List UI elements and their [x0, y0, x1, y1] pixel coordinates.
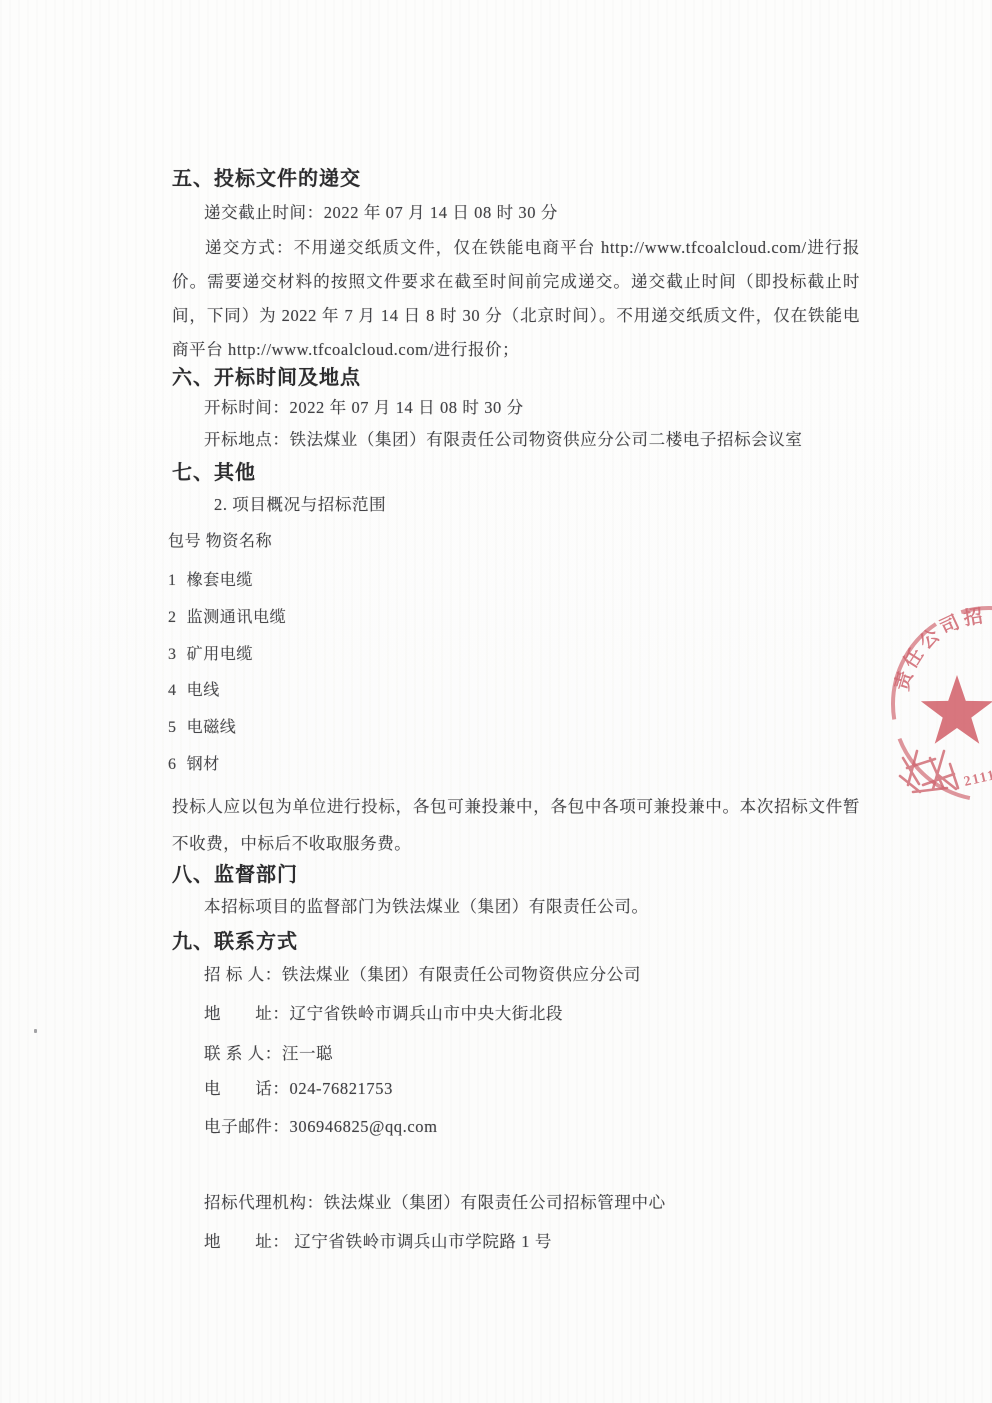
- package-no: 1: [168, 572, 177, 590]
- package-no: 2: [168, 609, 177, 627]
- package-name: 电线: [187, 682, 220, 699]
- package-row: 4电线: [168, 677, 286, 714]
- package-no: 6: [168, 756, 177, 774]
- package-list: 1橡套电缆 2监测通讯电缆 3矿用电缆 4电线 5电磁线 6钢材: [168, 567, 286, 788]
- package-name: 矿用电缆: [187, 646, 253, 663]
- scan-speck: [34, 1029, 37, 1033]
- section-7-heading: 七、其他: [172, 456, 256, 485]
- bid-opening-place-line: 开标地点：铁法煤业（集团）有限责任公司物资供应分公司二楼电子招标会议室: [204, 426, 803, 450]
- package-name: 电磁线: [187, 719, 237, 736]
- contact-person-line: 联 系 人：汪一聪: [204, 1040, 333, 1064]
- phone-line: 电 话：024-76821753: [204, 1075, 393, 1099]
- package-row: 5电磁线: [168, 714, 286, 751]
- section-6-heading: 六、开标时间及地点: [172, 361, 361, 390]
- package-table-header: 包号 物资名称: [168, 528, 272, 551]
- package-row: 6钢材: [168, 751, 286, 788]
- agency-line: 招标代理机构：铁法煤业（集团）有限责任公司招标管理中心: [204, 1189, 666, 1213]
- package-name: 橡套电缆: [187, 572, 253, 589]
- package-no: 4: [168, 682, 177, 700]
- submission-method-paragraph: 递交方式：不用递交纸质文件，仅在铁能电商平台 http://www.tfcoal…: [172, 231, 860, 367]
- seal-arc-textpath: 责任公司招: [890, 603, 988, 693]
- supervision-department-line: 本招标项目的监督部门为铁法煤业（集团）有限责任公司。: [204, 893, 649, 917]
- email-line: 电子邮件：306946825@qq.com: [204, 1113, 438, 1137]
- submission-deadline-line: 递交截止时间：2022 年 07 月 14 日 08 时 30 分: [204, 199, 558, 223]
- scanned-tender-document-page: 五、投标文件的递交 递交截止时间：2022 年 07 月 14 日 08 时 3…: [0, 0, 992, 1403]
- package-row: 1橡套电缆: [168, 567, 286, 604]
- section-9-heading: 九、联系方式: [172, 925, 298, 954]
- bid-opening-time-line: 开标时间：2022 年 07 月 14 日 08 时 30 分: [204, 394, 524, 418]
- package-name: 钢材: [187, 756, 220, 773]
- section-8-heading: 八、监督部门: [172, 858, 298, 887]
- package-name: 监测通讯电缆: [187, 609, 287, 626]
- section-5-heading: 五、投标文件的递交: [172, 162, 361, 191]
- star-icon: [921, 675, 992, 744]
- package-row: 2监测通讯电缆: [168, 604, 286, 641]
- seal-serial-number: 2111: [963, 768, 992, 790]
- bidding-rules-paragraph: 投标人应以包为单位进行投标，各包可兼投兼中，各包中各项可兼投兼中。本次招标文件暂…: [172, 788, 860, 862]
- seal-arc-text: 责任公司招: [890, 603, 988, 693]
- tenderer-line: 招 标 人：铁法煤业（集团）有限责任公司物资供应分公司: [204, 961, 641, 985]
- project-scope-subitem: 2. 项目概况与招标范围: [214, 491, 386, 515]
- package-row: 3矿用电缆: [168, 641, 286, 678]
- tenderer-address-line: 地 址：辽宁省铁岭市调兵山市中央大街北段: [204, 1000, 563, 1024]
- agency-address-line: 地 址： 辽宁省铁岭市调兵山市学院路 1 号: [204, 1228, 552, 1252]
- official-red-seal: 责任公司招 2111: [873, 588, 992, 828]
- package-no: 3: [168, 646, 177, 664]
- package-no: 5: [168, 719, 177, 737]
